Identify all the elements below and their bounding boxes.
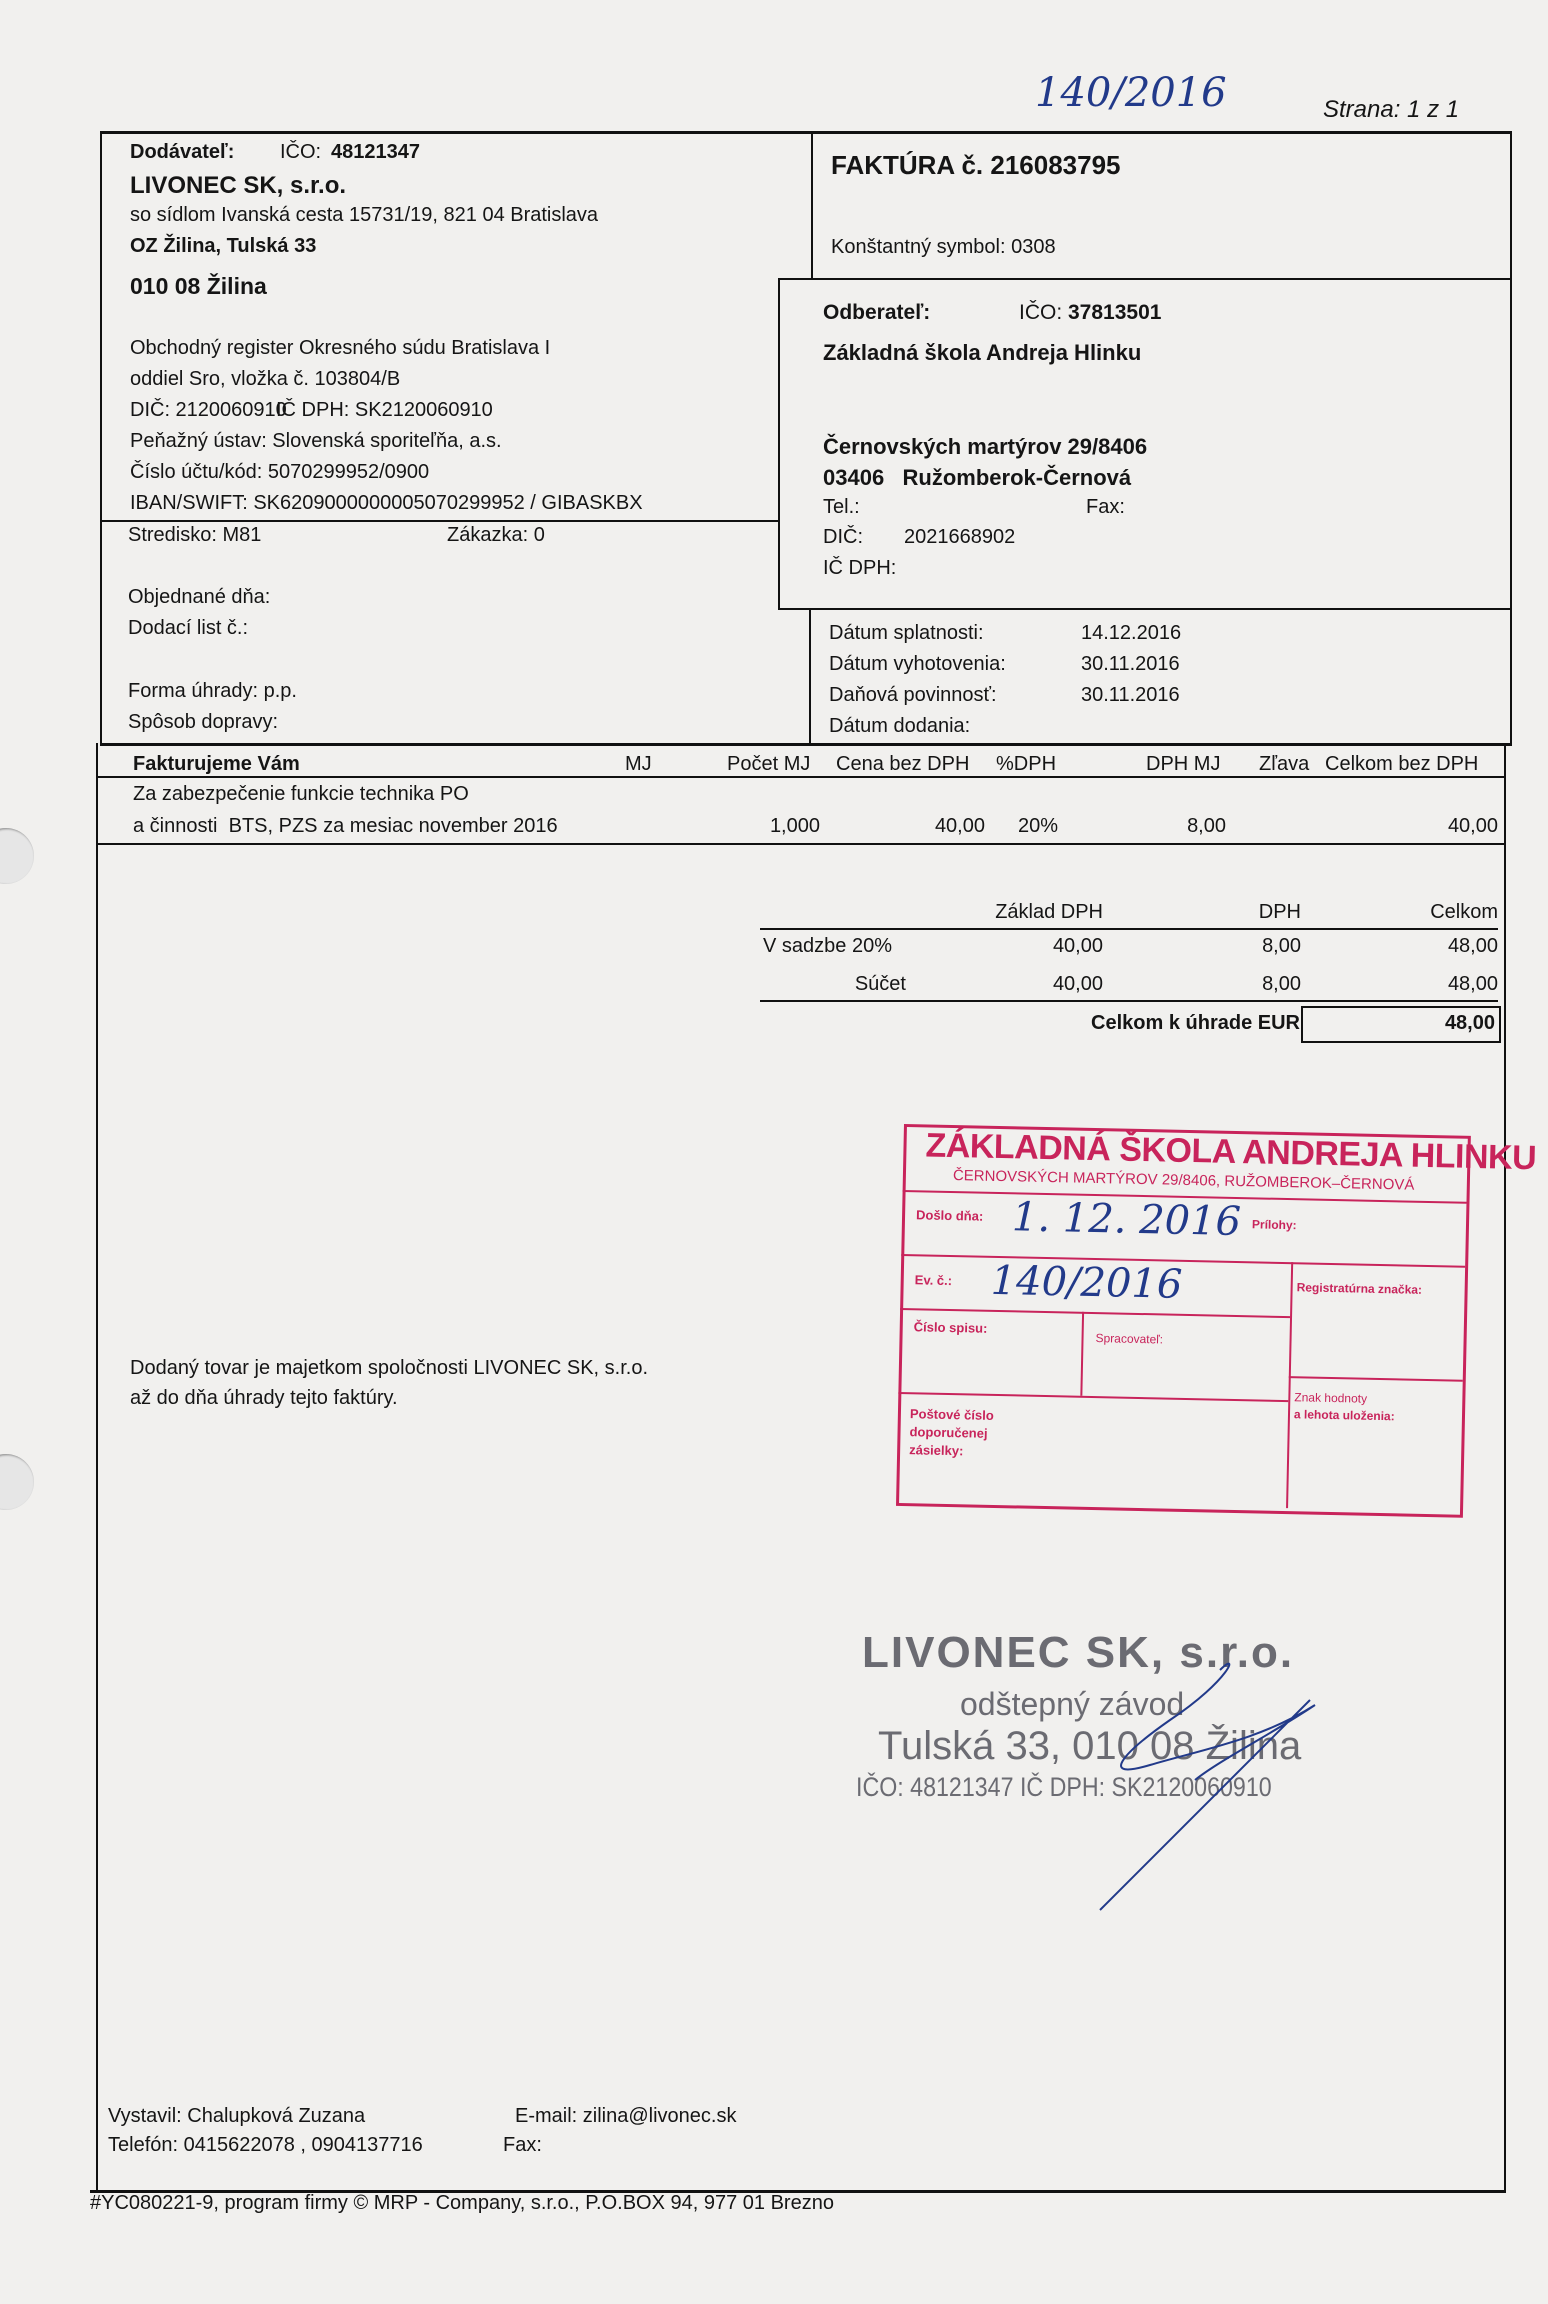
supplier-branch: OZ Žilina, Tulská 33 [130, 235, 316, 258]
frame-line [100, 131, 1512, 134]
punch-hole [0, 828, 34, 884]
tax-date-value: 30.11.2016 [1081, 684, 1180, 707]
col-price: Cena bez DPH [836, 753, 969, 776]
summary-sum-label: Súčet [763, 973, 906, 996]
item-vat-pct: 20% [1018, 815, 1058, 838]
summary-col-total: Celkom [1360, 901, 1498, 924]
ordered-date: Objednané dňa: [128, 586, 270, 609]
customer-ico: 37813501 [1068, 301, 1161, 325]
order-number: Zákazka: 0 [447, 524, 545, 547]
stamp-post-no-label-3: zásielky: [909, 1442, 964, 1458]
ownership-note-line-1: Dodaný tovar je majetkom spoločnosti LIV… [130, 1357, 648, 1380]
stamp-registry-mark-label: Registratúrna značka: [1297, 1280, 1423, 1297]
cost-center: Stredisko: M81 [128, 524, 261, 547]
summary-sum-vat: 8,00 [1180, 973, 1301, 996]
col-discount: Zľava [1259, 753, 1309, 776]
stamp-value-mark-label-2: a lehota uloženia: [1294, 1407, 1395, 1423]
issue-date-label: Dátum vyhotovenia: [829, 653, 1006, 676]
stamp-post-no-label-1: Poštové číslo [910, 1406, 994, 1423]
page-label: Strana: 1 z 1 [1323, 96, 1459, 124]
summary-divider [760, 928, 1498, 930]
customer-city: 03406 Ružomberok-Černová [823, 465, 1131, 491]
software-footer: #YC080221-9, program firmy © MRP - Compa… [90, 2192, 834, 2215]
supplier-iban: IBAN/SWIFT: SK6209000000005070299952 / G… [130, 492, 643, 515]
due-date-value: 14.12.2016 [1081, 622, 1181, 645]
frame-line [1510, 131, 1512, 743]
item-description-2: a činnosti BTS, PZS za mesiac november 2… [133, 815, 558, 838]
customer-dic-label: DIČ: [823, 526, 863, 549]
ownership-note-line-2: až do dňa úhrady tejto faktúry. [130, 1387, 398, 1410]
frame-line [809, 608, 811, 744]
customer-tel: Tel.: [823, 496, 860, 519]
stamp-file-no-label: Číslo spisu: [914, 1319, 988, 1336]
stamp-value-mark-label-1: Znak hodnoty [1294, 1390, 1367, 1406]
frame-line [778, 278, 780, 610]
customer-street: Černovských martýrov 29/8406 [823, 434, 1147, 460]
supplier-account: Číslo účtu/kód: 5070299952/0900 [130, 461, 429, 484]
supplier-seat: so sídlom Ivanská cesta 15731/19, 821 04… [130, 204, 598, 227]
summary-divider [760, 1000, 1498, 1002]
issue-date-value: 30.11.2016 [1081, 653, 1180, 676]
frame-line [96, 843, 1506, 845]
supplier-bank: Peňažný ústav: Slovenská sporiteľňa, a.s… [130, 430, 502, 453]
customer-label: Odberateľ: [823, 301, 930, 325]
frame-line [778, 608, 1512, 610]
stamp-ev-number: 140/2016 [990, 1258, 1183, 1308]
footer-phone: Telefón: 0415622078 , 0904137716 [108, 2134, 423, 2157]
summary-sum-total: 48,00 [1360, 973, 1498, 996]
footer-fax: Fax: [503, 2134, 542, 2157]
supplier-register-2: oddiel Sro, vložka č. 103804/B [130, 368, 400, 391]
supplier-label: Dodávateľ: [130, 141, 234, 164]
item-price: 40,00 [860, 815, 985, 838]
issued-by: Vystavil: Chalupková Zuzana [108, 2105, 365, 2128]
customer-ic-dph: IČ DPH: [823, 557, 896, 580]
amount-due-value: 48,00 [1305, 1012, 1495, 1035]
invoice-title: FAKTÚRA č. 216083795 [831, 150, 1121, 181]
item-total: 40,00 [1360, 815, 1498, 838]
customer-name: Základná škola Andreja Hlinku [823, 340, 1141, 366]
supplier-name: LIVONEC SK, s.r.o. [130, 172, 346, 200]
frame-line [100, 743, 1512, 746]
summary-col-base: Základ DPH [940, 901, 1103, 924]
stamp-post-no-label-2: doporučenej [909, 1424, 987, 1441]
punch-hole [0, 1454, 34, 1510]
frame-line [100, 131, 102, 743]
due-date-label: Dátum splatnosti: [829, 622, 984, 645]
tax-date-label: Daňová povinnosť: [829, 684, 997, 707]
supplier-dic: DIČ: 2120060910 [130, 399, 287, 422]
handwritten-registration-number: 140/2016 [1035, 70, 1227, 116]
customer-ico-label: IČO: [1019, 301, 1062, 325]
summary-rate-total: 48,00 [1360, 935, 1498, 958]
stamp-received-label: Došlo dňa: [916, 1207, 983, 1223]
supplier-ico-label: IČO: [280, 141, 321, 164]
col-unit: MJ [625, 753, 652, 776]
frame-line [1504, 743, 1506, 2193]
signature [1090, 1660, 1340, 1920]
footer-email: E-mail: zilina@livonec.sk [515, 2105, 736, 2128]
stamp-processor-label: Spracovateľ: [1095, 1331, 1163, 1346]
supplier-ico: 48121347 [331, 141, 420, 164]
col-count: Počet MJ [727, 753, 810, 776]
col-vat-unit: DPH MJ [1146, 753, 1220, 776]
summary-rate-label: V sadzbe 20% [763, 935, 892, 958]
frame-line [778, 278, 1512, 280]
frame-line [96, 776, 1506, 778]
customer-fax: Fax: [1086, 496, 1125, 519]
supplier-ic-dph: IČ DPH: SK2120060910 [276, 399, 493, 422]
summary-col-vat: DPH [1180, 901, 1301, 924]
item-description-1: Za zabezpečenie funkcie technika PO [133, 783, 469, 806]
col-description: Fakturujeme Vám [133, 753, 300, 776]
stamp-attachments-label: Prílohy: [1252, 1217, 1297, 1232]
item-vat-unit: 8,00 [1100, 815, 1226, 838]
frame-line [100, 520, 778, 522]
delivery-date-label: Dátum dodania: [829, 715, 970, 738]
item-count: 1,000 [700, 815, 820, 838]
delivery-note: Dodací list č.: [128, 617, 248, 640]
summary-sum-base: 40,00 [940, 973, 1103, 996]
constant-symbol: Konštantný symbol: 0308 [831, 236, 1056, 259]
supplier-city: 010 08 Žilina [130, 273, 267, 300]
frame-line [811, 131, 813, 279]
stamp-received-date: 1. 12. 2016 [1012, 1194, 1242, 1245]
customer-dic: 2021668902 [904, 526, 1015, 549]
amount-due-label: Celkom k úhrade EUR [1000, 1012, 1300, 1035]
summary-rate-base: 40,00 [940, 935, 1103, 958]
col-total: Celkom bez DPH [1325, 753, 1478, 776]
col-vat-pct: %DPH [996, 753, 1056, 776]
supplier-register-1: Obchodný register Okresného súdu Bratisl… [130, 337, 550, 360]
frame-line [96, 743, 98, 2193]
stamp-ev-label: Ev. č.: [915, 1272, 953, 1288]
transport-method: Spôsob dopravy: [128, 711, 278, 734]
payment-method: Forma úhrady: p.p. [128, 680, 297, 703]
summary-rate-vat: 8,00 [1180, 935, 1301, 958]
school-registry-stamp: ZÁKLADNÁ ŠKOLA ANDREJA HLINKU ČERNOVSKÝC… [896, 1124, 1469, 1516]
